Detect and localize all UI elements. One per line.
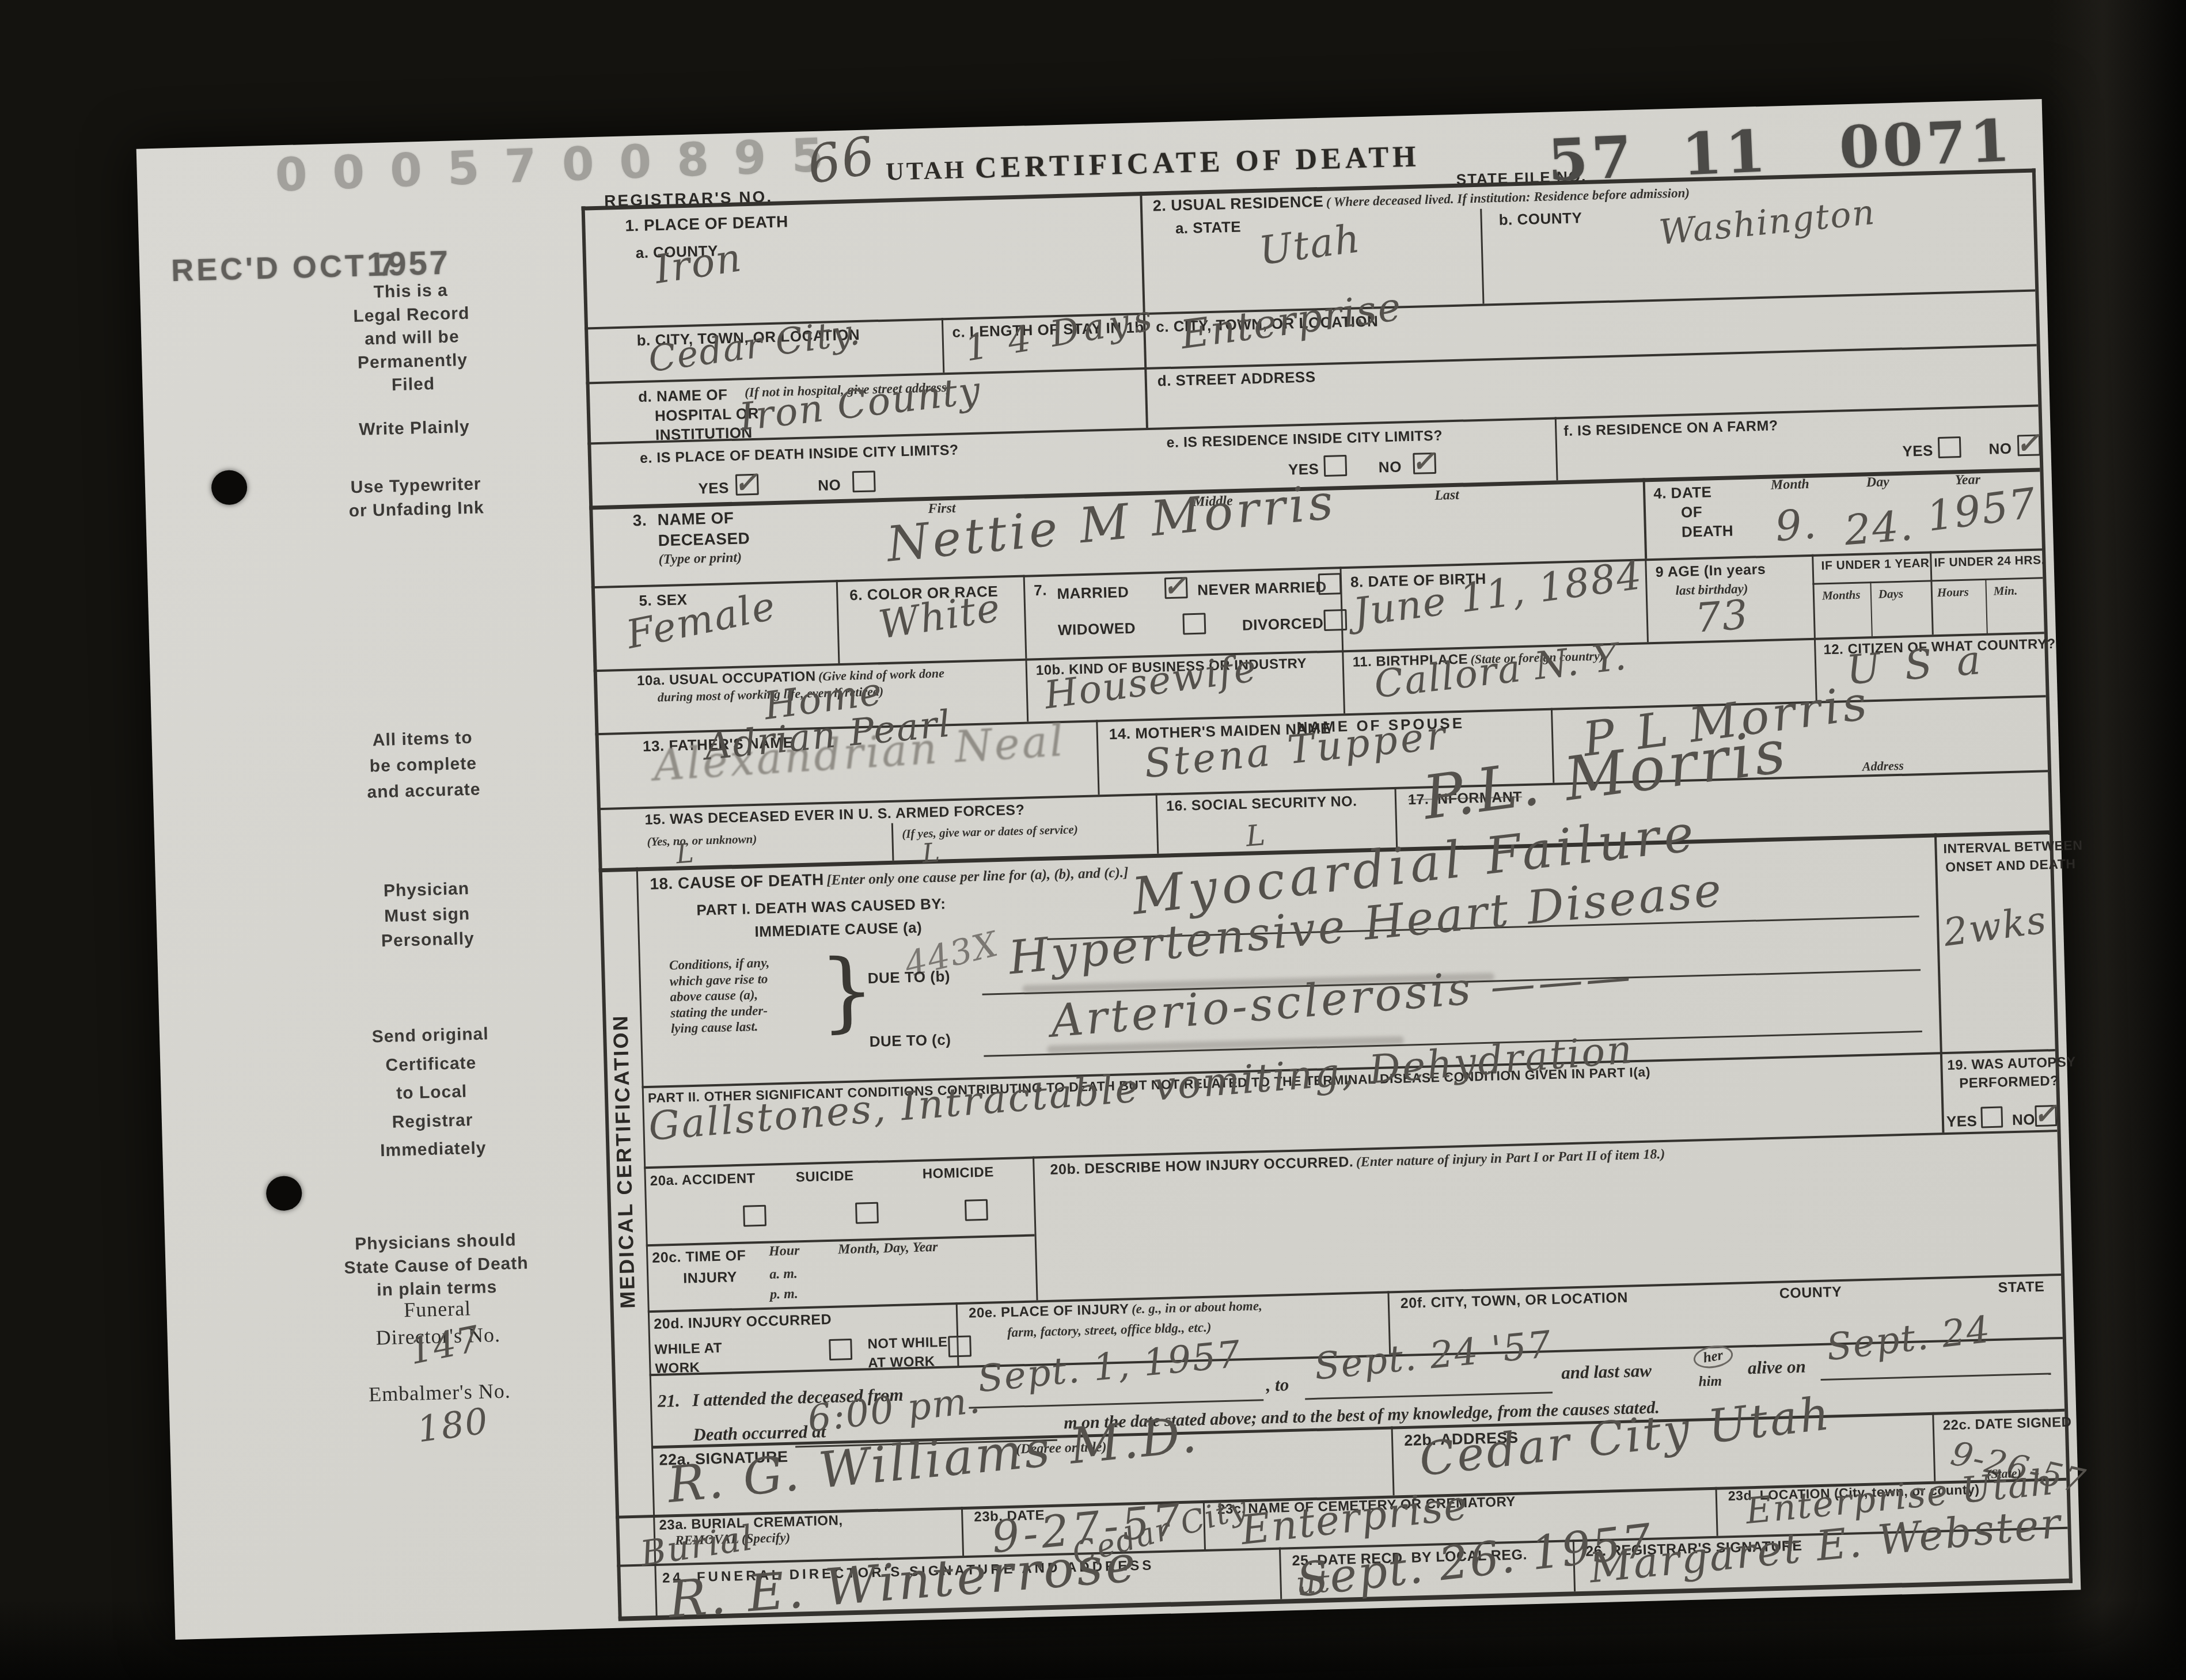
margin-note-write-plainly: Write Plainly xyxy=(305,414,524,443)
margin-line: Immediately xyxy=(324,1132,543,1166)
margin-line: and accurate xyxy=(314,775,533,807)
death-year-value: 1957 xyxy=(1924,478,2040,541)
grid-line xyxy=(1932,1412,1935,1481)
place-of-injury-title: 20e. PLACE OF INJURY xyxy=(969,1301,1129,1321)
grid-line xyxy=(1643,478,1648,558)
checkbox-not-while-at-work xyxy=(948,1336,971,1358)
grid-line xyxy=(1870,581,1872,636)
name-of-label: NAME OF xyxy=(657,509,734,529)
grid-line xyxy=(1023,575,1027,659)
embalmers-no-label: Embalmer's No. xyxy=(330,1377,549,1409)
am-label: a. m. xyxy=(769,1266,798,1282)
county2-value: Washington xyxy=(1657,192,1877,253)
punch-hole xyxy=(265,1176,302,1211)
marital-number: 7. xyxy=(1034,581,1047,600)
margin-note-physician: Physician Must sign Personally xyxy=(317,875,537,955)
months-header: Months xyxy=(1822,588,1861,603)
checkbox-while-at-work xyxy=(829,1339,852,1360)
month-header: Month xyxy=(1771,477,1809,493)
describe-injury-label: 20b. DESCRIBE HOW INJURY OCCURRED. (Ente… xyxy=(1050,1146,1665,1179)
grid-line xyxy=(942,318,944,373)
date-signed-label: 22c. DATE SIGNED xyxy=(1942,1415,2071,1434)
farm-no-label: NO xyxy=(1988,440,2012,458)
margin-note-legal-record: This is a Legal Record and will be Perma… xyxy=(301,277,523,399)
divorced-label: DIVORCED xyxy=(1242,614,1324,634)
grid-line xyxy=(1025,659,1029,722)
grid-line xyxy=(1930,551,1934,634)
armed-forces-war-mark: L xyxy=(921,837,942,869)
checkbox-suicide xyxy=(855,1202,879,1224)
age-value: 73 xyxy=(1694,591,1751,642)
suicide-label: SUICIDE xyxy=(795,1168,854,1186)
conditions-line: above cause (a), xyxy=(670,987,771,1005)
autopsy-label1: 19. WAS AUTOPSY xyxy=(1947,1054,2076,1074)
hours-header: Hours xyxy=(1937,585,1969,600)
autopsy-no-label: NO xyxy=(2012,1111,2036,1129)
pm-label: p. m. xyxy=(770,1286,798,1302)
interval-b-value: 2wks xyxy=(1941,898,2050,955)
attended-text3: and last saw xyxy=(1561,1360,1652,1383)
received-year-stamp: 1957 xyxy=(366,244,451,284)
hospital-label: d. NAME OF xyxy=(638,386,728,406)
pod-no-label: NO xyxy=(818,476,841,495)
grid-line xyxy=(1342,650,1345,713)
embalmers-no-value: 180 xyxy=(415,1400,491,1451)
grid-line xyxy=(1812,554,1817,701)
margin-note-send-original: Send original Certificate to Local Regis… xyxy=(321,1018,543,1166)
under-1-year-label: IF UNDER 1 YEAR xyxy=(1821,557,1930,573)
month-day-year-header: Month, Day, Year xyxy=(838,1240,938,1258)
title-utah: UTAH xyxy=(885,155,966,187)
ssn-label: 16. SOCIAL SECURITY NO. xyxy=(1166,793,1357,815)
res-no-label: NO xyxy=(1378,458,1402,476)
min-header: Min. xyxy=(1994,584,2018,599)
at-work-label: AT WORK xyxy=(868,1354,935,1371)
deceased-name-value: Nettie M Morris xyxy=(884,473,1338,573)
time-of-injury-label: 20c. TIME OF xyxy=(652,1248,746,1267)
date-of-death-label: 4. DATE xyxy=(1653,483,1712,503)
grid-line xyxy=(836,580,840,663)
checkbox-homicide xyxy=(965,1199,988,1221)
homicide-label: HOMICIDE xyxy=(922,1164,994,1182)
margin-line: Filed xyxy=(303,370,523,399)
certificate-paper: 0005700895 UTAH CERTIFICATE OF DEATH STA… xyxy=(136,99,2081,1640)
usual-residence-title: 2. USUAL RESIDENCE xyxy=(1152,193,1323,215)
injury-county-label: COUNTY xyxy=(1779,1284,1842,1302)
due-to-c-label: DUE TO (c) xyxy=(869,1031,951,1051)
checkbox-pod-yes-checked xyxy=(735,474,759,496)
alive-on-value: Sept. 24 xyxy=(1824,1308,1993,1369)
grid-line xyxy=(1715,1487,1718,1536)
pod-city-limits-label: e. IS PLACE OF DEATH INSIDE CITY LIMITS? xyxy=(640,442,959,467)
checkbox-pod-no xyxy=(852,470,876,492)
county2-label: b. COUNTY xyxy=(1498,209,1582,229)
state-label: a. STATE xyxy=(1175,218,1242,238)
hospital-label3: INSTITUTION xyxy=(655,424,753,444)
attended-text2: , to xyxy=(1266,1374,1289,1396)
describe-injury-title: 20b. DESCRIBE HOW INJURY OCCURRED. xyxy=(1050,1154,1353,1178)
registrar-no-value: 66 xyxy=(803,125,880,196)
grid-line xyxy=(891,823,894,861)
medical-certification-band: MEDICAL CERTIFICATION xyxy=(599,959,650,1363)
birthplace-value: Callora N. Y. xyxy=(1372,634,1629,706)
length-of-stay-value: 1 4 Days xyxy=(962,296,1159,369)
scanned-death-certificate: 0005700895 UTAH CERTIFICATE OF DEATH STA… xyxy=(0,0,2186,1680)
grid-line xyxy=(1096,720,1099,795)
margin-line: or Unfading Ink xyxy=(307,495,526,524)
accident-label: 20a. ACCIDENT xyxy=(650,1170,756,1189)
farm-label: f. IS RESIDENCE ON A FARM? xyxy=(1563,417,1778,440)
death-day-value: 24. xyxy=(1843,501,1916,554)
checkbox-res-no-checked xyxy=(1413,453,1436,474)
grid-line xyxy=(1480,209,1484,304)
autopsy-yes-label: YES xyxy=(1946,1112,1978,1131)
name-of-label-number: 3. xyxy=(632,511,647,530)
ssn-mark: L xyxy=(1244,818,1267,853)
death-occurred-text: Death occurred at xyxy=(693,1421,826,1445)
conditions-line: lying cause last. xyxy=(671,1018,772,1037)
checkbox-widowed xyxy=(1182,613,1206,634)
attended-to-line xyxy=(1305,1392,1553,1400)
medical-certification-label: MEDICAL CERTIFICATION xyxy=(608,1014,640,1309)
describe-injury-note: (Enter nature of injury in Part I or Par… xyxy=(1356,1147,1665,1170)
while-at-label: WHILE AT xyxy=(654,1340,722,1358)
days-header: Days xyxy=(1878,587,1904,602)
cause-of-death-title: 18. CAUSE OF DEATH xyxy=(650,871,824,893)
deceased-label: DECEASED xyxy=(658,529,750,550)
date-of-death-label3: DEATH xyxy=(1682,522,1734,541)
grid-line xyxy=(582,206,622,1619)
farm-yes-label: YES xyxy=(1902,442,1933,460)
age-label: 9 AGE (In years xyxy=(1655,561,1766,581)
type-or-print-note: (Type or print) xyxy=(658,550,742,568)
attended-number: 21. xyxy=(657,1390,680,1412)
title-certificate-of-death: CERTIFICATE OF DEATH xyxy=(974,139,1420,185)
checkbox-farm-yes xyxy=(1938,436,1961,458)
part1-label: PART I. DEATH WAS CAUSED BY: xyxy=(696,895,946,919)
grid-line xyxy=(1391,1426,1394,1495)
last-header: Last xyxy=(1434,488,1459,504)
due-to-b-label: DUE TO (b) xyxy=(867,967,950,987)
place-of-death-label: 1. PLACE OF DEATH xyxy=(625,212,788,235)
injury-occurred-label: 20d. INJURY OCCURRED xyxy=(654,1312,832,1333)
checkbox-autopsy-no-checked xyxy=(2035,1105,2057,1127)
city2-value: Enterprise xyxy=(1178,284,1405,358)
attended-text4: alive on xyxy=(1748,1356,1807,1379)
alive-on-line xyxy=(1821,1373,2051,1380)
death-month-value: 9. xyxy=(1774,499,1819,550)
grid-line xyxy=(1156,793,1159,854)
margin-note-all-items: All items to be complete and accurate xyxy=(313,723,533,807)
margin-note-typewriter: Use Typewriter or Unfading Ink xyxy=(306,472,526,524)
date-of-death-label2: OF xyxy=(1681,503,1703,522)
checkbox-divorced xyxy=(1323,609,1347,631)
punch-hole xyxy=(211,470,248,505)
conditions-note: Conditions, if any, which gave rise to a… xyxy=(669,955,772,1036)
injury-city-label: 20f. CITY, TOWN, OR LOCATION xyxy=(1401,1290,1629,1312)
grid-line xyxy=(1279,1548,1282,1599)
margin-line: Personally xyxy=(318,925,537,955)
checkbox-never-married xyxy=(1318,573,1342,595)
time-of-injury-label2: INJURY xyxy=(683,1269,737,1287)
him-label: him xyxy=(1698,1373,1722,1390)
checkbox-farm-no-checked xyxy=(2017,434,2041,456)
not-while-label: NOT WHILE xyxy=(867,1335,948,1353)
attended-from-line xyxy=(969,1399,1263,1408)
pod-yes-label: YES xyxy=(698,479,729,497)
hour-header: Hour xyxy=(769,1243,800,1259)
injury-state-label: STATE xyxy=(1998,1279,2044,1297)
place-of-injury-note2: farm, factory, street, office bldg., etc… xyxy=(1007,1320,1212,1340)
conditions-line: Conditions, if any, xyxy=(669,955,770,973)
grid-line xyxy=(648,1274,2061,1313)
checkbox-married-checked xyxy=(1164,577,1188,599)
work-label: WORK xyxy=(655,1360,700,1377)
checkbox-accident xyxy=(743,1205,766,1227)
married-label: MARRIED xyxy=(1057,583,1129,603)
attended-to-value: Sept. 24 '57 xyxy=(1312,1323,1554,1388)
res-city-limits-label: e. IS RESIDENCE INSIDE CITY LIMITS? xyxy=(1166,428,1443,452)
autopsy-label2: PERFORMED? xyxy=(1959,1073,2059,1092)
grid-line xyxy=(1645,558,1649,642)
checkbox-autopsy-yes xyxy=(1980,1107,2003,1128)
immediate-cause-label: IMMEDIATE CAUSE (a) xyxy=(754,919,922,941)
street-address-label: d. STREET ADDRESS xyxy=(1157,368,1316,390)
attended-from-value: Sept. 1, 1957 xyxy=(976,1333,1243,1401)
grid-line xyxy=(1555,417,1558,480)
cause-of-death-note: [Enter only one cause per line for (a), … xyxy=(826,865,1129,888)
state-value: Utah xyxy=(1257,216,1364,274)
under-24-hrs-label: IF UNDER 24 HRS. xyxy=(1934,553,2045,570)
armed-forces-note1: (Yes, no, or unknown) xyxy=(647,832,757,849)
armed-forces-mark: L xyxy=(675,837,696,869)
day-header: Day xyxy=(1866,474,1890,491)
never-married-label: NEVER MARRIED xyxy=(1197,578,1327,599)
interval-header2: ONSET AND DEATH xyxy=(1945,856,2076,875)
spouse-address-label: Address xyxy=(1862,758,1904,774)
grid-line xyxy=(1033,1157,1038,1301)
grid-line xyxy=(1985,579,1987,633)
widowed-label: WIDOWED xyxy=(1058,619,1136,640)
conditions-brace: } xyxy=(818,941,876,1042)
city-value: Cedar City. xyxy=(646,311,863,381)
place-of-injury-note1: (e. g., in or about home, xyxy=(1132,1298,1262,1316)
grid-line xyxy=(1934,833,1945,1132)
